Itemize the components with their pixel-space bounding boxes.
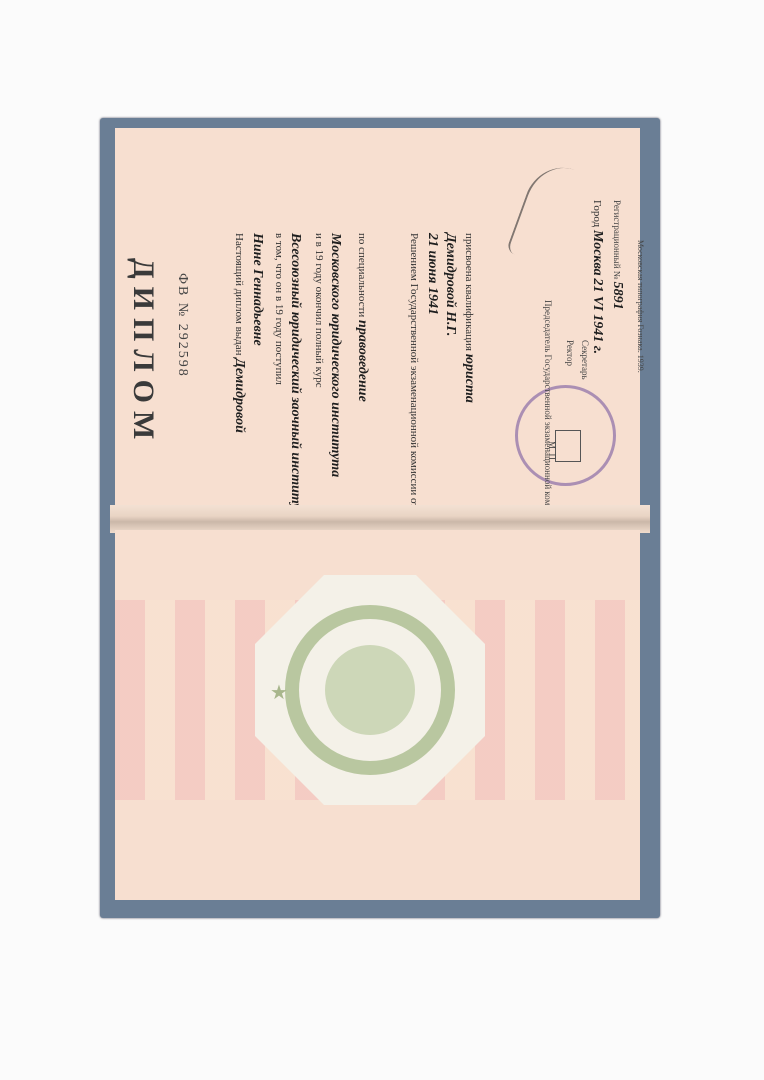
line-name: Нине Геннадьевне (249, 233, 265, 346)
spine-fold (110, 505, 650, 533)
registration-number: Регистрационный № 5891 (609, 200, 625, 310)
line-grad-institute: Московского юридического института (327, 233, 343, 477)
line-institute: Всесоюзный юридический заочный институт (287, 233, 303, 521)
line-recipient: Демидровой Н.Г. (442, 233, 458, 336)
line-decision-date: 21 июня 1941 (424, 233, 440, 315)
line-graduated: и в 19 году окончил полный курс (313, 233, 325, 388)
diploma-serial: ФВ № 292598 (174, 273, 190, 378)
chairman-label: Председатель Государственной экзаменацио… (543, 300, 553, 528)
line-entered: в том, что он в 19 году поступил (273, 233, 285, 385)
diploma-title: ДИПЛОМ (126, 258, 160, 447)
line-qualification: присвоена квалификация юриста (461, 233, 477, 403)
stamp-placeholder-box: М. П. (555, 430, 581, 462)
rector-label: Ректор (565, 340, 575, 366)
line-decision: Решением Государственной экзаменационной… (408, 233, 420, 531)
line-specialty: по специальности правоведение (354, 233, 370, 402)
printer-imprint: Московская типография Гознака. 1939. (636, 240, 645, 373)
star-icon: ★ (270, 680, 288, 705)
globe-icon (325, 645, 415, 735)
line-issued: Настоящий диплом выдан Демидровой (231, 233, 247, 433)
diploma-emblem-page: ★ (115, 530, 640, 900)
city-date: Город Москва 21 VI 1941 г. (589, 200, 605, 354)
